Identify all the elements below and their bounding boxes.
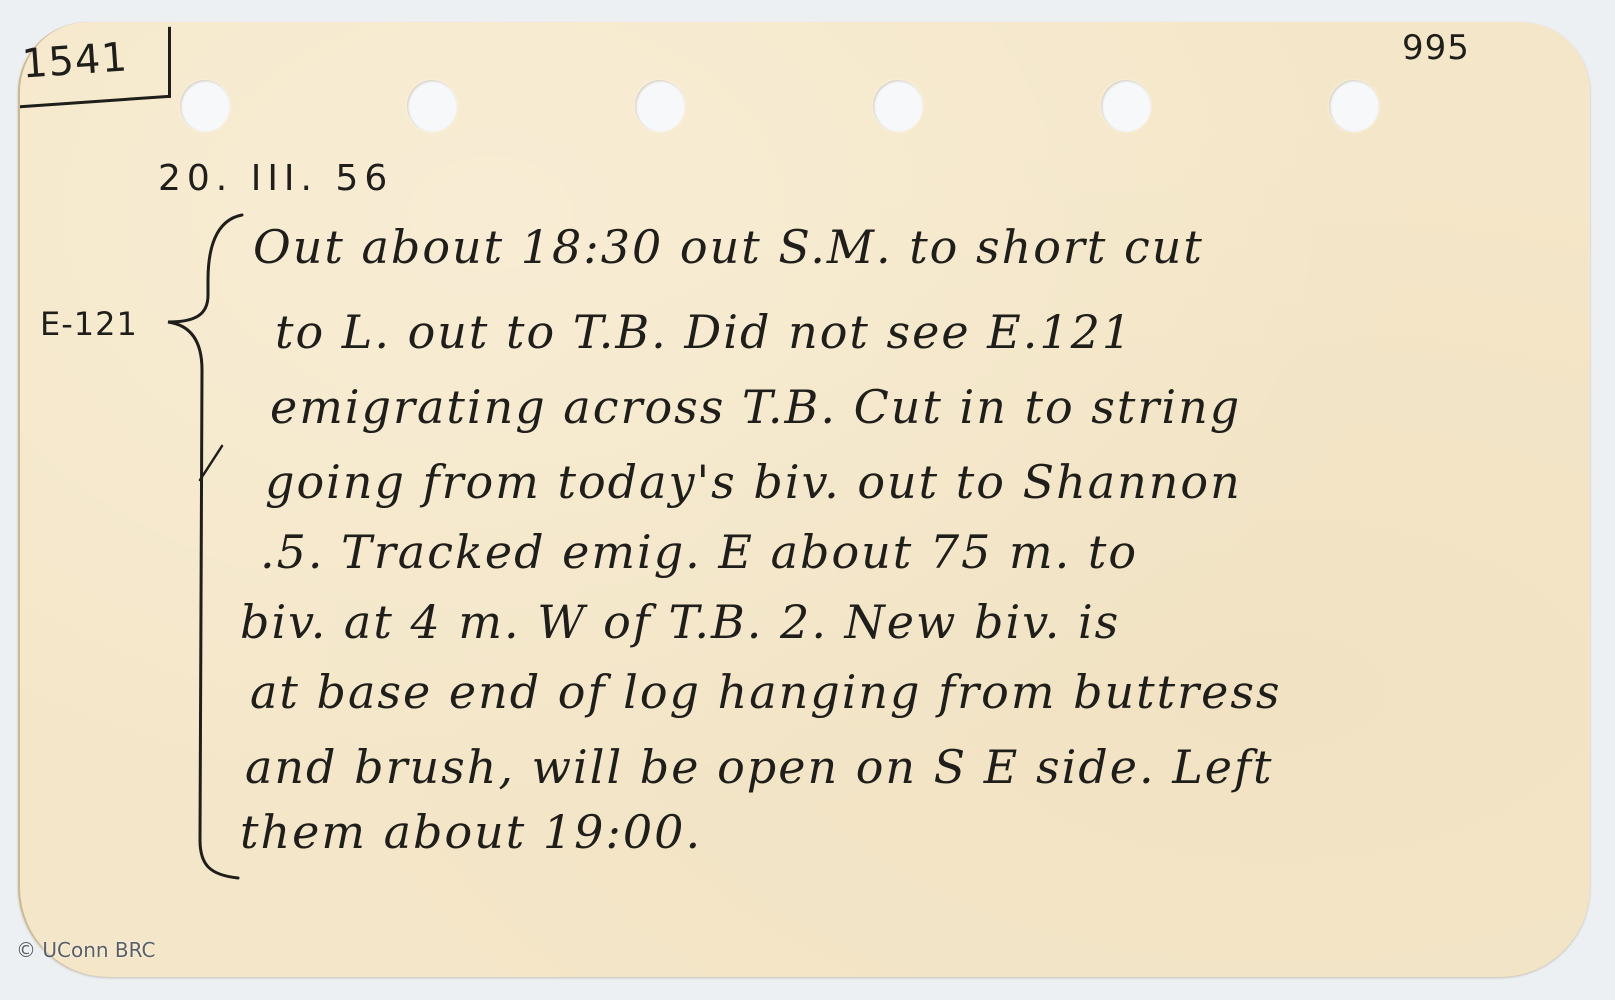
binder-hole — [635, 80, 685, 132]
card-number: 1541 — [21, 34, 130, 87]
note-line: biv. at 4 m. W of T.B. 2. New biv. is — [240, 595, 1120, 649]
curly-brace-icon — [160, 210, 250, 890]
binder-hole — [407, 80, 457, 132]
margin-label: E-121 — [40, 305, 138, 343]
note-line: and brush, will be open on S E side. Lef… — [245, 740, 1273, 794]
note-line: Out about 18:30 out S.M. to short cut — [253, 220, 1204, 274]
entry-date: 20. III. 56 — [158, 158, 393, 199]
binder-hole — [873, 80, 923, 132]
note-line: going from today's biv. out to Shannon — [265, 455, 1242, 509]
note-line: .5. Tracked emig. E about 75 m. to — [260, 525, 1138, 579]
binder-hole — [1329, 80, 1379, 132]
copyright-watermark: © UConn BRC — [16, 938, 156, 962]
page-number: 995 — [1402, 28, 1470, 68]
note-line: them about 19:00. — [240, 805, 702, 859]
binder-hole — [180, 80, 230, 132]
binder-hole — [1101, 80, 1151, 132]
note-line: to L. out to T.B. Did not see E.121 — [275, 305, 1133, 359]
note-line: at base end of log hanging from buttress — [250, 665, 1282, 719]
note-line: emigrating across T.B. Cut in to string — [270, 380, 1241, 434]
